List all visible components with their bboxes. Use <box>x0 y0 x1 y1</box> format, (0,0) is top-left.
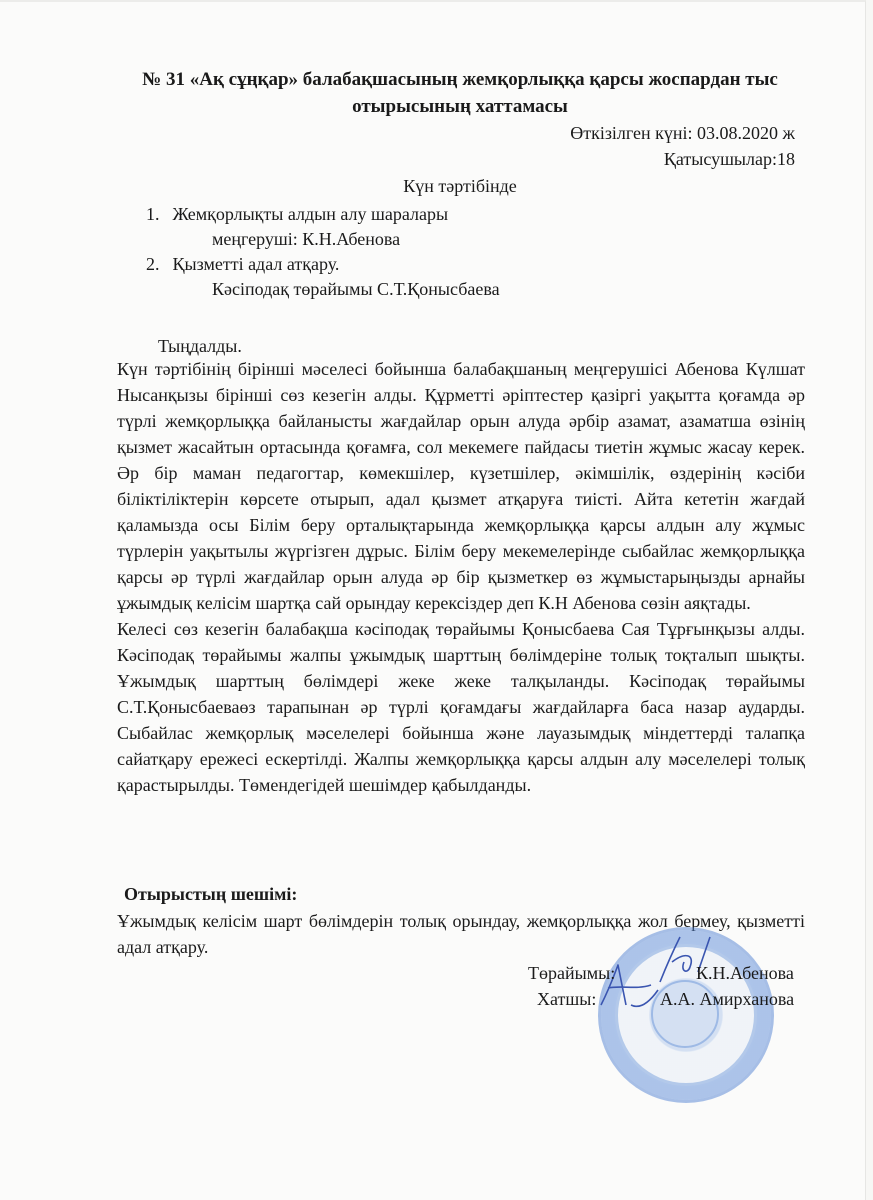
chair-name: К.Н.Абенова <box>696 963 794 984</box>
chair-role: Төрайымы: <box>528 963 615 984</box>
heard-label: Тыңдалды. <box>158 336 242 357</box>
secretary-name: А.А. Амирханова <box>660 989 794 1010</box>
title-line-1: № 31 «Ақ сұңқар» балабақшасының жемқорлы… <box>100 66 820 93</box>
agenda-item: 2. Қызметті адал атқару. <box>146 252 500 277</box>
agenda-item: 1. Жемқорлықты алдын алу шаралары <box>146 202 500 227</box>
agenda-heading: Күн тәртібінде <box>0 176 873 197</box>
agenda-item-text: Қызметті адал атқару. <box>173 254 340 274</box>
agenda-item-responsible: меңгеруші: К.Н.Абенова <box>146 227 500 252</box>
participants-count: Қатысушылар:18 <box>664 147 795 171</box>
agenda-item-text: Жемқорлықты алдын алу шаралары <box>173 204 449 224</box>
document-page: № 31 «Ақ сұңқар» балабақшасының жемқорлы… <box>0 0 866 1200</box>
title-line-2: отырысының хаттамасы <box>100 93 820 120</box>
document-title: № 31 «Ақ сұңқар» балабақшасының жемқорлы… <box>100 66 820 120</box>
secretary-role: Хатшы: <box>537 989 596 1010</box>
meeting-date: Өткізілген күні: 03.08.2020 ж <box>570 121 795 145</box>
minutes-body: Күн тәртібінің бірінші мәселесі бойынша … <box>117 356 805 798</box>
agenda-list: 1. Жемқорлықты алдын алу шаралары меңгер… <box>146 202 500 302</box>
paragraph: Күн тәртібінің бірінші мәселесі бойынша … <box>117 356 805 616</box>
agenda-item-responsible: Кәсіподақ төрайымы С.Т.Қонысбаева <box>146 277 500 302</box>
decision-heading: Отырыстың шешімі: <box>124 884 297 905</box>
paragraph: Келесі сөз кезегін балабақша кәсіподақ т… <box>117 616 805 798</box>
